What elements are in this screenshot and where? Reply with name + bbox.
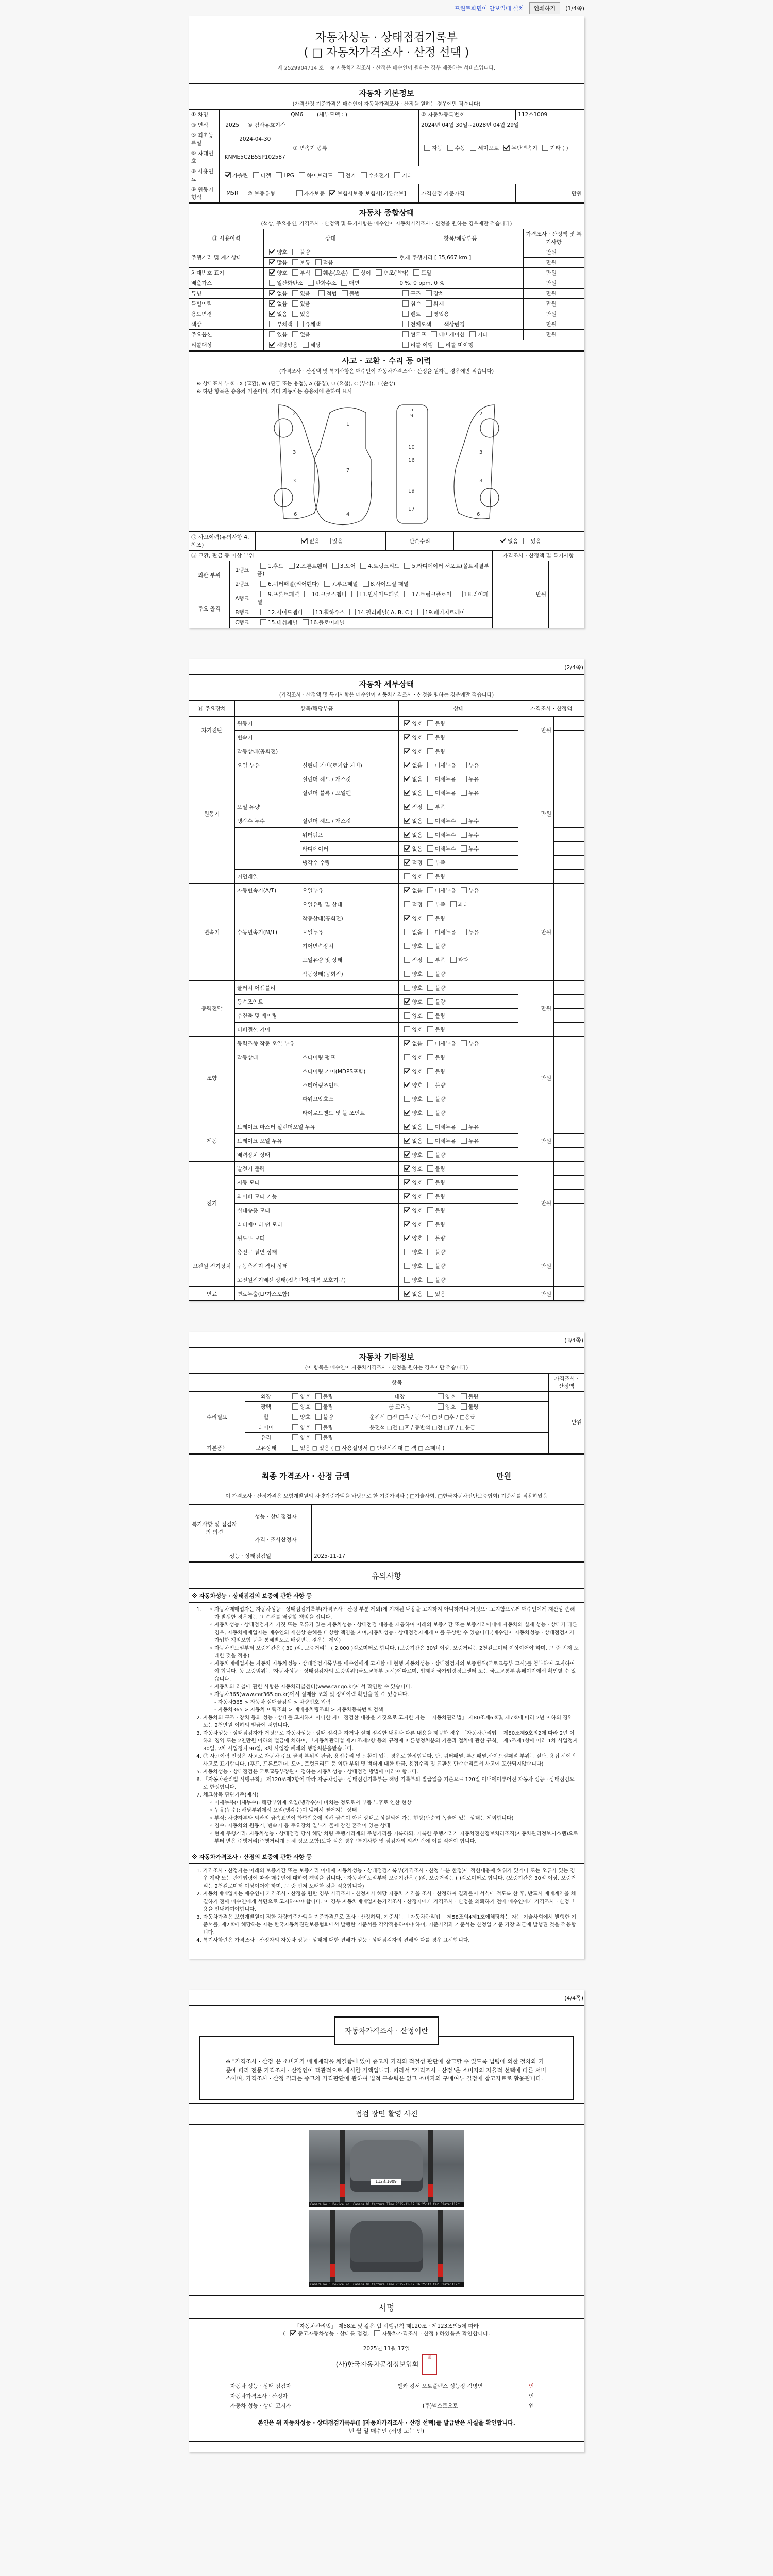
checkbox [461,818,467,824]
option-label: 불량 [435,971,445,977]
header: 가격조사 · 산정액 [549,1374,584,1392]
option-label: 색상변경 [444,321,465,328]
option-label: 훼손(오손) [323,270,348,276]
checkbox [427,1012,433,1019]
option-label: 누유 [468,790,479,796]
option-label: 누수 [468,818,479,824]
checkbox [404,1221,410,1227]
label: 자동차가격조사 · 산정자 [228,2391,354,2401]
page-4: (4/4쪽) 자동차가격조사 · 산정이란 ※ "가격조사 · 산정"은 소비자… [189,1990,584,2452]
doc-number: 제 2529904714 호 [278,65,324,71]
option-label: 양호 [412,916,422,922]
checkbox [404,957,410,963]
checkbox [303,342,309,348]
checkbox [329,190,335,196]
checkbox [461,929,467,935]
option-label: 화재 [433,301,444,307]
option-label: 상이 [361,270,371,276]
option-label: 양호 [412,1055,422,1061]
option-label: 양호 [412,1277,422,1283]
document-viewer: 프린트화면이 안보일때 설치 인쇄하기 (1/4쪽) 자동차성능 · 상태점검기… [0,0,773,2514]
option-label: 불량 [435,874,445,880]
checkbox [292,311,298,317]
checkbox [469,331,476,337]
checkbox [361,172,367,178]
checkbox [427,720,433,726]
checkbox [292,269,298,276]
checkbox [438,1403,444,1410]
checkbox [404,790,410,796]
checkbox [318,290,325,296]
page-1: 자동차성능 · 상태점검기록부 ( □ 자동차가격조사 · 산정 선택 ) 제 … [189,16,584,628]
option-label: 적정 [412,902,422,908]
checkbox [269,321,275,327]
option-label: 수동 [455,145,465,151]
option-label: 양호 [412,874,422,880]
option-label: 양호 [412,1152,422,1158]
option-label: 양호 [412,999,422,1005]
checkbox [427,1082,433,1088]
checkbox [450,957,457,963]
label: 유리 [245,1433,287,1443]
label: 가격 · 조사산정자 [240,1528,312,1551]
detail-title: 자동차 세부상태 [189,675,584,690]
label: ⑦ 변속기 종류 [291,130,419,166]
option-label: 영업용 [433,311,449,317]
option-label: 누유 [468,776,479,783]
option-label: 매연 [349,280,359,286]
checkbox [269,280,275,286]
option-label: 누수 [468,846,479,852]
option-label: 장치 [433,291,444,297]
option-label: 불량 [435,1069,445,1075]
caution-title: 유의사항 [189,1563,584,1588]
label: 가격산정 기준가격 [419,184,516,202]
option-label: 부식 [300,270,310,276]
label: 자동차 성능 · 상태 점검자 [228,2381,354,2391]
checkbox [427,1277,433,1283]
label: 외장 [245,1392,287,1402]
option-label: 없음 [412,1138,422,1144]
option-label: 양호 [277,249,287,256]
svg-text:5: 5 [410,407,413,413]
checkbox [315,1393,322,1399]
option-label: 기타 ( ) [550,145,568,151]
label: 타이어 [245,1422,287,1433]
checkbox [404,971,410,977]
checkbox [402,311,409,317]
option-label: 양호 [412,1180,422,1186]
option-label: 적정 [412,957,422,963]
checkbox [292,290,298,296]
option-label: 불량 [435,1277,445,1283]
option-label: 무단변속기 [511,145,537,151]
checkbox [427,873,433,879]
checkbox [427,1235,433,1241]
checkbox [394,172,400,178]
option-label: 세미오토 [478,145,499,151]
option-label: 불량 [435,1194,445,1200]
receipt-confirmation: 본인은 위 자동차성능 · 상태점검기록부([ ]자동차가격조사 · 산정 선택… [189,2418,584,2427]
checkbox [292,1414,298,1420]
checkbox [404,1096,410,1102]
checkbox [427,1026,433,1032]
checkbox [427,901,433,907]
warranty-insurance: 보험사보증 보험사[캐롯손보] [337,191,406,197]
checkbox [404,1193,410,1199]
option-label: 불량 [435,1096,445,1103]
checkbox [500,538,506,544]
option-label: 부족 [435,902,445,908]
unit: 만원 [524,258,559,268]
checkbox [315,259,322,265]
car-name: QM6 [291,112,303,118]
option-label: 없음 [412,846,422,852]
option-label: 적법 [326,291,337,297]
checkbox [438,1393,444,1399]
checkbox [404,832,410,838]
option-label: 양호 [412,1027,422,1033]
option-label: 양호 [300,1425,310,1431]
checkbox [404,985,410,991]
label: 성능 · 상태점검자 [240,1505,312,1528]
option-label: 불량 [435,1027,445,1033]
svg-text:3: 3 [479,478,482,484]
checkbox [402,331,409,337]
checkbox [292,1434,298,1440]
checkbox [402,290,409,296]
option-label: 불법 [349,291,360,297]
option-label: 누유 [468,929,479,936]
checkbox [404,1165,410,1172]
checkbox [225,172,231,178]
checkbox [427,859,433,866]
option-label: 해당 [310,342,321,348]
option-label: 있음 [435,1291,445,1297]
checkbox [404,1151,410,1158]
checkbox [404,804,410,810]
page-number: (2/4쪽) [189,659,584,674]
option-label: 양호 [412,1166,422,1172]
checkbox [404,943,410,949]
svg-text:3: 3 [293,450,296,455]
signature-title: 서명 [189,2295,584,2319]
photo-caption: Camera No.: Device No.:Camera 01 Capture… [309,2202,464,2207]
seal-mark: 인 [527,2391,545,2401]
other-info-table: 항목가격조사 · 산정액 수리필요외장양호 불량내장양호 불량만원 광택양호 불… [189,1373,584,1453]
checkbox [292,259,298,265]
photos-title: 점검 장면 촬영 사진 [189,2103,584,2125]
checkbox [376,269,382,276]
checkbox [542,145,548,151]
wheel-position: 운전석 □전 □후 / 동반석 □전 □후 / □응급 [367,1412,549,1422]
option-label: 미세누유 [435,1124,456,1130]
checkbox [292,300,298,307]
option-label: 미세누유 [435,929,456,936]
other-info-title: 자동차 기타정보 [189,1348,584,1363]
checkbox [427,734,433,740]
document-title: 자동차성능 · 상태점검기록부 [189,31,584,46]
overall-title: 자동차 종합상태 [189,204,584,219]
option-label: 불량 [435,1152,445,1158]
option-label: 없음 [508,538,518,545]
option-label: 불량 [435,1013,445,1019]
checkbox [404,818,410,824]
accident-history-table: ⑫ 사고이력(유의사항 4.참조)없음 있음단순수리없음 있음 [189,532,584,550]
label: 기본품목 [189,1443,245,1453]
signers-table: 자동차 성능 · 상태 점검자엔카 강서 오토플렉스 성능장 김병연인 자동차가… [228,2381,545,2411]
checkbox [436,321,442,327]
law-reference: 「자동차관리법」 제58조 및 같은 법 시행규칙 제120조 · 제123조의… [189,2322,584,2330]
caution-heading: ※ 자동차가격조사 · 산정의 보증에 관한 사항 등 [189,1850,584,1864]
checkbox [427,832,433,838]
svg-text:3: 3 [479,450,482,455]
checkbox [299,172,305,178]
label: ⑧ 사용연료 [189,166,220,184]
checkbox [404,901,410,907]
checkbox [404,1110,410,1116]
checkbox [450,901,457,907]
checkbox [427,1040,433,1046]
option-label: 양호 [412,943,422,950]
label: ② 자동차등록번호 [419,110,516,120]
option-label: 있음 [277,332,287,338]
option-label: 불량 [435,999,445,1005]
option-label: 불량 [435,1235,445,1242]
option-label: 미세누유 [435,1041,456,1047]
option-label: 양호 [412,1249,422,1256]
checkbox [404,859,410,866]
checkbox [461,832,467,838]
header: 항목/해당부품 [397,229,524,247]
inspection-date: 2025-11-17 [312,1551,584,1562]
basic-info-note: (가격산정 기준가격은 매수인이 자동차가격조사 · 산정을 원하는 경우에만 … [189,99,584,109]
label: ⑤ 최초등록일 [189,130,220,148]
option-label: 네비게이션 [439,332,465,338]
checkbox [269,311,275,317]
svg-text:9: 9 [410,413,413,419]
option-label: 불량 [435,721,445,727]
checkbox [427,1291,433,1297]
basic-info-title: 자동차 기본정보 [189,84,584,99]
option-label: 하이브리드 [307,173,333,179]
checkbox [427,1249,433,1255]
option-label: 미세누유 [435,762,456,769]
option-label: 불량 [468,1404,479,1410]
checkbox [292,331,298,337]
inspection-photo-front: 112소1009Camera No.: Device No.:Camera 01… [309,2130,464,2207]
checkbox [404,1082,410,1088]
option-label: 없음 [412,776,422,783]
checkbox [426,290,432,296]
option-label: 보통 [300,260,310,266]
option-label: 가솔린 [232,173,248,179]
option-label: 누유 [468,888,479,894]
print-button[interactable]: 인쇄하기 [529,2,561,14]
checkbox [461,762,467,768]
checkbox [404,748,410,754]
registration-number: 112소1009 [516,110,584,120]
checkbox [269,290,275,296]
checkbox [438,342,444,348]
label: 수리필요 [189,1392,245,1443]
option-label: 적정 [412,804,422,810]
checkbox [276,172,282,178]
option-label: 도말 [421,270,431,276]
option-label: 미세누유 [435,1138,456,1144]
page-number: (1/4쪽) [565,4,584,12]
checkbox [269,342,275,348]
checkbox [461,1393,467,1399]
label: 내장 [367,1392,432,1402]
model-year: 2025 [220,120,245,130]
checkbox [404,915,410,921]
checkbox [374,2330,380,2336]
checkbox [427,762,433,768]
option-label: 없음 [277,301,287,307]
option-label: 일산화탄소 [277,280,303,286]
checkbox [427,1096,433,1102]
checkbox [523,538,529,544]
option-label: 구조 [410,291,421,297]
page-2: (2/4쪽) 자동차 세부상태 (가격조사 · 산정액 및 특기사항은 매수인이… [189,659,584,1301]
option-label: 디젤 [261,173,271,179]
checkbox [308,280,314,286]
option-label: 없음 [300,332,310,338]
checkbox [427,1068,433,1074]
option-label: 양호 [412,971,422,977]
checkbox [402,321,409,327]
checkbox [269,331,275,337]
checkbox [404,734,410,740]
label: ⑥ 차대번호 [189,148,220,166]
option-label: 리콜 미이행 [446,342,474,348]
final-price-label: 최종 가격조사 · 산정 금액 [262,1470,350,1481]
install-link[interactable]: 프린트화면이 안보일때 설치 [455,4,524,12]
label: 휠 [245,1412,287,1422]
unit: 만원 [516,184,584,202]
unit: 만원 [524,289,559,299]
checkbox [426,311,432,317]
option-label: 양호 [412,1110,422,1116]
checkbox [427,748,433,754]
checkbox [427,1179,433,1185]
checkbox [292,249,298,255]
option-label: 없음 [412,762,422,769]
checkbox [427,804,433,810]
option-label: 양호 [412,1208,422,1214]
caution-heading: ※ 자동차성능 · 상태점검의 보증에 관한 사항 등 [189,1588,584,1603]
option-label: 없음 [412,1291,422,1297]
option-label: 양호 [412,1069,422,1075]
detail-table: ⑭ 주요장치항목/해당부품상태가격조사 · 산정액자기진단원동기양호 불량만원변… [189,700,584,1301]
option-label: 없음 [412,1124,422,1130]
page-3: (3/4쪽) 자동차 기타정보 (이 항목은 매수인이 자동차가격조사 · 산정… [189,1332,584,1959]
seal-icon: 印 [422,2354,437,2375]
svg-text:6: 6 [477,512,480,517]
checkbox [427,1138,433,1144]
license-plate: 112소1009 [371,2179,401,2185]
confirm-inspection: 중고자동차성능 · 상태를 점검, [298,2331,369,2337]
option-label: 양호 [412,721,422,727]
label: ⑨ 원동기형식 [189,184,220,202]
checkbox [253,172,259,178]
option-label: 미세누수 [435,832,456,838]
option-label: 없음 [277,291,287,297]
checkbox [292,1424,298,1430]
checkbox [297,321,304,327]
option-label: 누유 [468,762,479,769]
svg-text:10: 10 [408,445,415,450]
caution-notes: 가격조사 · 산정자는 아래의 보증기간 또는 보증거리 이내에 자동차성능 ·… [189,1864,584,1959]
checkbox [461,1040,467,1046]
checkbox [404,929,410,935]
checkbox [269,269,275,276]
checkbox [427,929,433,935]
option-label: 양호 [412,1082,422,1089]
warranty-self: 자가보증 [304,191,325,197]
checkbox [404,1012,410,1019]
option-label: 불량 [435,1082,445,1089]
receipt-line: 년 월 일 매수인 (서명 또는 인) [189,2427,584,2435]
checkbox [269,300,275,307]
price-info-text: ※ "가격조사 · 산정"은 소비자가 매매계약을 체결함에 있어 중고차 가격… [199,2036,574,2100]
label: 성능 · 상태점검일 [189,1551,312,1562]
option-label: 적정 [412,860,422,866]
option-label: 없음 [412,832,422,838]
seal-mark: 인 [527,2401,545,2411]
option-label: 양호 [445,1394,456,1400]
checkbox [404,1026,410,1032]
unit: 만원 [524,268,559,278]
checkbox [427,776,433,782]
label: ⑬ 교환, 판금 등 이상 부위 [189,551,493,561]
inspection-photo-rear: Camera No.: Device No.:Camera 01 Capture… [309,2210,464,2287]
checkbox [292,1403,298,1410]
option-label: 불량 [323,1414,333,1420]
option-label: 해당없음 [277,342,298,348]
option-label: 리콜 이행 [410,342,433,348]
checkbox [503,145,510,151]
checkbox [404,1040,410,1046]
option-label: 불량 [323,1425,333,1431]
checkbox [427,845,433,852]
option-label: 불량 [323,1394,333,1400]
vin: KNME5C2B5SP102587 [220,148,291,166]
option-label: 미세누유 [435,888,456,894]
option-label: 양호 [412,1194,422,1200]
option-label: 불량 [435,1055,445,1061]
option-label: 양호 [412,1096,422,1103]
car-body-diagram-icon: 233617459101619172336 [268,400,505,529]
checkbox [353,269,359,276]
checkbox [315,1424,322,1430]
checkbox [461,887,467,893]
overall-note: (색상, 주요옵션, 가격조사 · 산정액 및 특기사항은 매수인이 자동차가격… [189,219,584,229]
checkbox [404,776,410,782]
option-label: 누수 [468,832,479,838]
option-label: 양호 [412,1013,422,1019]
checkbox [404,1179,410,1185]
service-notice: ※ 자동차가격조사 · 산정은 매수인이 원하는 경우 제공하는 서비스입니다. [330,65,495,71]
checkbox [427,1124,433,1130]
unit: 만원 [524,299,559,309]
basic-info-table: ① 차명QM6 (세부모델 : )② 자동차등록번호112소1009 ③ 연식2… [189,109,584,202]
option-label: 불량 [435,1249,445,1256]
overall-table: ⑪ 사용이력상태항목/해당부품가격조사 · 산정액 및 특기사항 주행거리 및 … [189,229,584,350]
option-label: 양호 [300,1435,310,1441]
checkbox [427,1165,433,1172]
